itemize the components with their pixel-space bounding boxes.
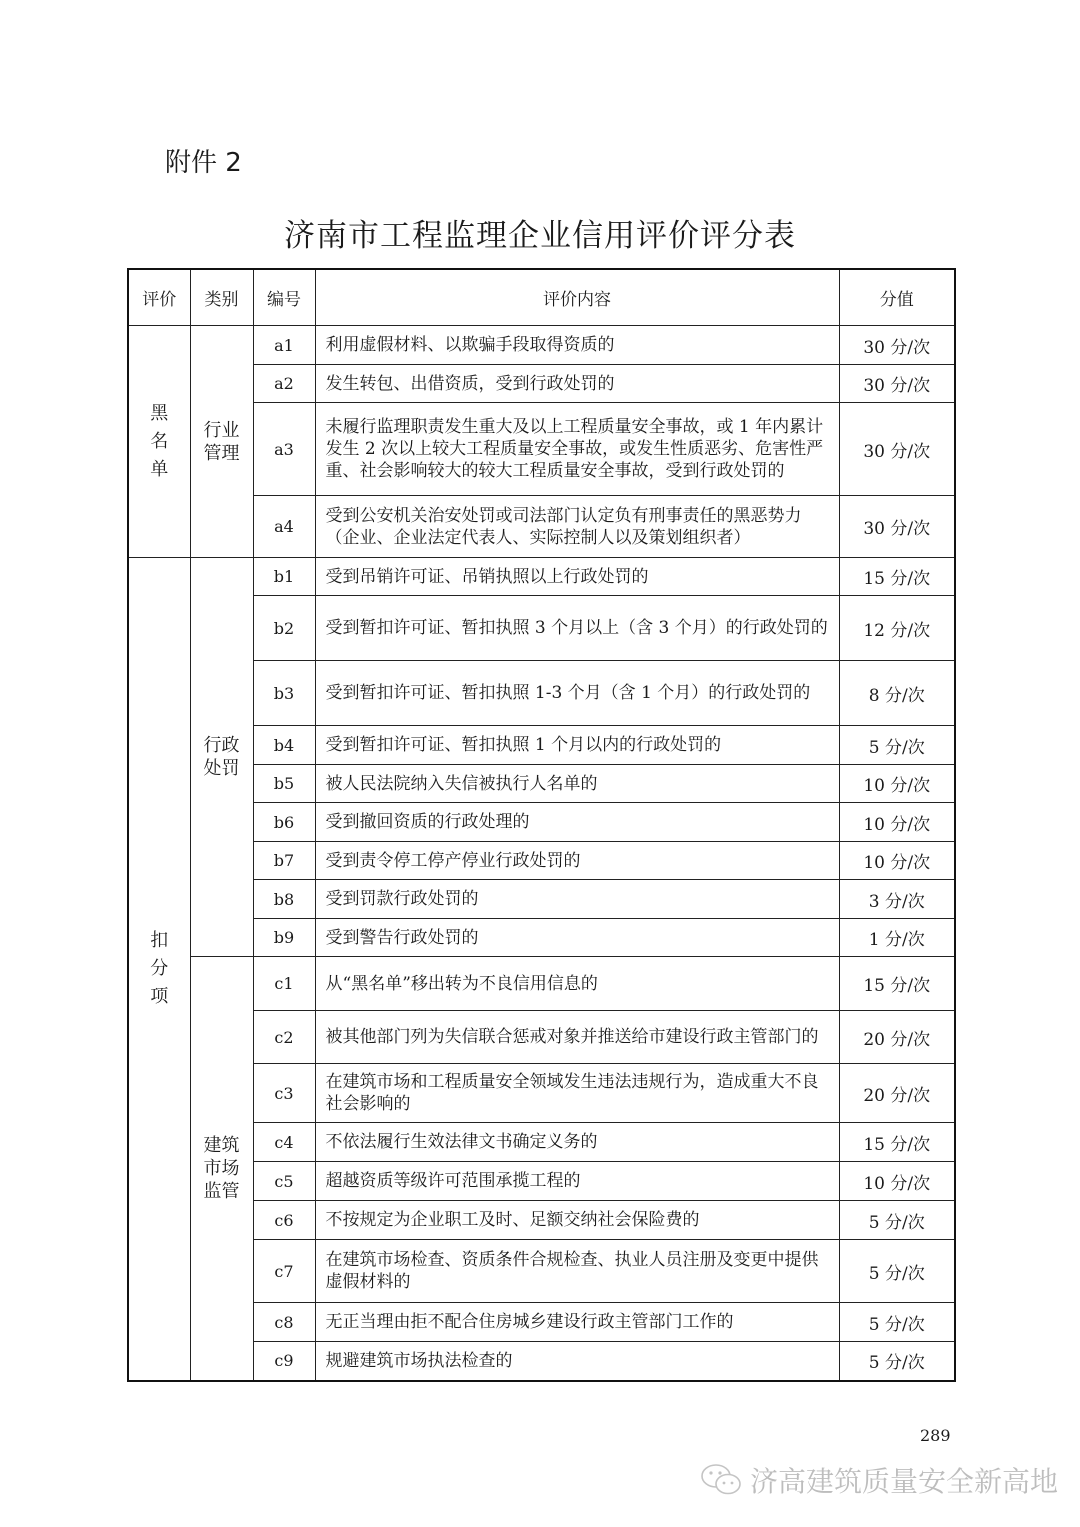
table-row: b6受到撤回资质的行政处理的10 分/次 [128,803,955,842]
code-cell: b9 [253,919,315,957]
score-cell: 15 分/次 [839,957,955,1011]
code-cell: c3 [253,1064,315,1123]
table-row: c4不依法履行生效法律文书确定义务的15 分/次 [128,1123,955,1162]
score-cell: 20 分/次 [839,1011,955,1064]
category-cell: 行业管理 [190,326,253,558]
score-cell: 30 分/次 [839,496,955,558]
header-code: 编号 [253,269,315,326]
header-content: 评价内容 [315,269,839,326]
code-cell: a4 [253,496,315,558]
table-row: 建筑市场监管c1从“黑名单”移出转为不良信用信息的15 分/次 [128,957,955,1011]
code-cell: b3 [253,661,315,726]
score-cell: 20 分/次 [839,1064,955,1123]
score-cell: 5 分/次 [839,1342,955,1381]
evaluation-cell: 黑名单 [128,326,190,558]
category-label: 建筑市场监管 [202,1134,242,1203]
content-cell: 被其他部门列为失信联合惩戒对象并推送给市建设行政主管部门的 [315,1011,839,1064]
score-cell: 10 分/次 [839,765,955,803]
score-cell: 1 分/次 [839,919,955,957]
category-cell: 建筑市场监管 [190,957,253,1381]
content-cell: 从“黑名单”移出转为不良信用信息的 [315,957,839,1011]
code-cell: c4 [253,1123,315,1162]
code-cell: b1 [253,558,315,596]
code-cell: c6 [253,1201,315,1240]
page-number: 289 [920,1426,951,1445]
score-cell: 15 分/次 [839,1123,955,1162]
table-row: b9受到警告行政处罚的1 分/次 [128,919,955,957]
watermark: 济高建筑质量安全新高地 [700,1460,1058,1500]
content-cell: 未履行监理职责发生重大及以上工程质量安全事故，或 1 年内累计发生 2 次以上较… [315,403,839,496]
score-cell: 10 分/次 [839,842,955,880]
content-cell: 在建筑市场和工程质量安全领域发生违法违规行为，造成重大不良社会影响的 [315,1064,839,1123]
score-cell: 5 分/次 [839,726,955,765]
content-cell: 发生转包、出借资质，受到行政处罚的 [315,365,839,403]
table-row: c7在建筑市场检查、资质条件合规检查、执业人员注册及变更中提供虚假材料的5 分/… [128,1240,955,1303]
table-row: a2发生转包、出借资质，受到行政处罚的30 分/次 [128,365,955,403]
code-cell: b2 [253,596,315,661]
content-cell: 被人民法院纳入失信被执行人名单的 [315,765,839,803]
score-cell: 5 分/次 [839,1303,955,1342]
code-cell: a3 [253,403,315,496]
document-title: 济南市工程监理企业信用评价评分表 [0,210,1080,255]
code-cell: a1 [253,326,315,365]
content-cell: 无正当理由拒不配合住房城乡建设行政主管部门工作的 [315,1303,839,1342]
content-cell: 受到暂扣许可证、暂扣执照 1 个月以内的行政处罚的 [315,726,839,765]
category-label: 行政处罚 [202,734,242,780]
table-row: c2被其他部门列为失信联合惩戒对象并推送给市建设行政主管部门的20 分/次 [128,1011,955,1064]
score-cell: 12 分/次 [839,596,955,661]
content-cell: 在建筑市场检查、资质条件合规检查、执业人员注册及变更中提供虚假材料的 [315,1240,839,1303]
watermark-text: 济高建筑质量安全新高地 [750,1460,1058,1500]
code-cell: c9 [253,1342,315,1381]
content-cell: 受到罚款行政处罚的 [315,880,839,919]
table-row: c5超越资质等级许可范围承揽工程的10 分/次 [128,1162,955,1201]
table-body: 黑名单行业管理a1利用虚假材料、以欺骗手段取得资质的30 分/次a2发生转包、出… [128,326,955,1381]
table-row: c9规避建筑市场执法检查的5 分/次 [128,1342,955,1381]
code-cell: c7 [253,1240,315,1303]
table-row: b7受到责令停工停产停业行政处罚的10 分/次 [128,842,955,880]
content-cell: 受到公安机关治安处罚或司法部门认定负有刑事责任的黑恶势力（企业、企业法定代表人、… [315,496,839,558]
content-cell: 利用虚假材料、以欺骗手段取得资质的 [315,326,839,365]
score-cell: 10 分/次 [839,803,955,842]
attachment-label: 附件 2 [165,142,242,179]
score-cell: 5 分/次 [839,1201,955,1240]
evaluation-label: 扣分项 [148,927,170,1011]
table-row: 黑名单行业管理a1利用虚假材料、以欺骗手段取得资质的30 分/次 [128,326,955,365]
score-cell: 30 分/次 [839,326,955,365]
table-row: 扣分项行政处罚b1受到吊销许可证、吊销执照以上行政处罚的15 分/次 [128,558,955,596]
content-cell: 不依法履行生效法律文书确定义务的 [315,1123,839,1162]
table-row: b8受到罚款行政处罚的3 分/次 [128,880,955,919]
score-cell: 5 分/次 [839,1240,955,1303]
content-cell: 受到吊销许可证、吊销执照以上行政处罚的 [315,558,839,596]
table-row: c6不按规定为企业职工及时、足额交纳社会保险费的5 分/次 [128,1201,955,1240]
code-cell: b8 [253,880,315,919]
score-cell: 8 分/次 [839,661,955,726]
content-cell: 规避建筑市场执法检查的 [315,1342,839,1381]
table-row: b2受到暂扣许可证、暂扣执照 3 个月以上（含 3 个月）的行政处罚的12 分/… [128,596,955,661]
content-cell: 超越资质等级许可范围承揽工程的 [315,1162,839,1201]
score-cell: 3 分/次 [839,880,955,919]
header-category: 类别 [190,269,253,326]
code-cell: c8 [253,1303,315,1342]
score-cell: 30 分/次 [839,365,955,403]
content-cell: 受到暂扣许可证、暂扣执照 1-3 个月（含 1 个月）的行政处罚的 [315,661,839,726]
code-cell: b5 [253,765,315,803]
wechat-icon [700,1463,744,1497]
table-row: a3未履行监理职责发生重大及以上工程质量安全事故，或 1 年内累计发生 2 次以… [128,403,955,496]
content-cell: 受到警告行政处罚的 [315,919,839,957]
content-cell: 不按规定为企业职工及时、足额交纳社会保险费的 [315,1201,839,1240]
table-row: b3受到暂扣许可证、暂扣执照 1-3 个月（含 1 个月）的行政处罚的8 分/次 [128,661,955,726]
score-cell: 30 分/次 [839,403,955,496]
code-cell: c2 [253,1011,315,1064]
code-cell: c1 [253,957,315,1011]
score-cell: 10 分/次 [839,1162,955,1201]
evaluation-label: 黑名单 [148,400,170,484]
code-cell: b7 [253,842,315,880]
evaluation-cell: 扣分项 [128,558,190,1381]
content-cell: 受到撤回资质的行政处理的 [315,803,839,842]
credit-score-table: 评价 类别 编号 评价内容 分值 黑名单行业管理a1利用虚假材料、以欺骗手段取得… [127,268,956,1382]
code-cell: a2 [253,365,315,403]
category-cell: 行政处罚 [190,558,253,957]
table-row: a4受到公安机关治安处罚或司法部门认定负有刑事责任的黑恶势力（企业、企业法定代表… [128,496,955,558]
content-cell: 受到责令停工停产停业行政处罚的 [315,842,839,880]
code-cell: b4 [253,726,315,765]
table-row: b4受到暂扣许可证、暂扣执照 1 个月以内的行政处罚的5 分/次 [128,726,955,765]
score-cell: 15 分/次 [839,558,955,596]
table-row: c8无正当理由拒不配合住房城乡建设行政主管部门工作的5 分/次 [128,1303,955,1342]
table-row: b5被人民法院纳入失信被执行人名单的10 分/次 [128,765,955,803]
code-cell: b6 [253,803,315,842]
content-cell: 受到暂扣许可证、暂扣执照 3 个月以上（含 3 个月）的行政处罚的 [315,596,839,661]
table-row: c3在建筑市场和工程质量安全领域发生违法违规行为，造成重大不良社会影响的20 分… [128,1064,955,1123]
code-cell: c5 [253,1162,315,1201]
category-label: 行业管理 [202,419,242,465]
table-header-row: 评价 类别 编号 评价内容 分值 [128,269,955,326]
header-evaluation: 评价 [128,269,190,326]
header-score: 分值 [839,269,955,326]
